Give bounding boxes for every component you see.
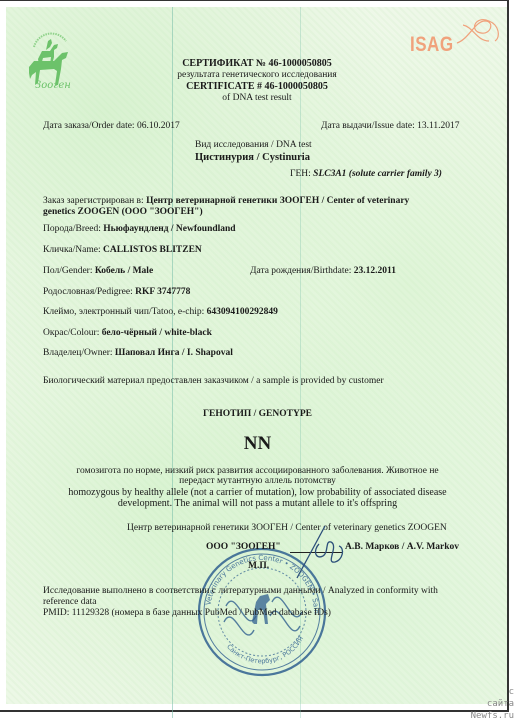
- order-date-value: 06.10.2017: [137, 121, 180, 131]
- field-gender: Пол/Gender: Кобель / Male: [43, 266, 153, 277]
- conformity-note-1: Исследование выполнено в соответствии с …: [43, 586, 438, 597]
- certificate-title-ru: СЕРТИФИКАТ № 46-1000050805: [157, 58, 357, 69]
- field-value: CALLISTOS BLITZEN: [103, 245, 202, 255]
- field-label: Заказ зарегистрирован в:: [43, 196, 144, 206]
- zoogen-logo-text: Зоoген: [35, 80, 71, 91]
- field-value: 23.12.2011: [354, 266, 396, 276]
- sample-note: Биологический материал предоставлен зака…: [43, 376, 384, 387]
- pmid: PMID: 11129328 (номера в базе данных Pub…: [43, 608, 331, 619]
- field-value: Кобель / Male: [95, 266, 153, 276]
- dna-test-name: Цистинурия / Cystinuria: [195, 152, 310, 163]
- certificate-subtitle-en: of DNA test result: [157, 93, 357, 104]
- conformity-note-2: reference data: [43, 597, 97, 608]
- field-colour: Окрас/Colour: бело-чёрный / white-black: [43, 328, 212, 339]
- genotype-heading: ГЕНОТИП / GENOTYPE: [0, 409, 515, 420]
- gene-label: ГЕН:: [290, 169, 311, 179]
- field-value: 643094100292849: [207, 307, 278, 317]
- handwritten-signature-icon: [295, 520, 350, 580]
- genotype-desc-en-1: homozygous by healthy allele (not a carr…: [0, 487, 515, 498]
- genotype-desc-ru-2: передаст мутантную аллель потомству: [0, 476, 515, 487]
- signature-org: ООО "ЗООГЕН": [206, 542, 281, 553]
- gene: ГЕН: SLC3A1 (solute carrier family 3): [290, 169, 442, 180]
- signature-center: Центр ветеринарной генетики ЗООГЕН / Cen…: [127, 523, 447, 534]
- field-label: Кличка/Name:: [43, 245, 101, 255]
- certificate-title-en: CERTIFICATE # 46-1000050805: [157, 81, 357, 92]
- field-birthdate: Дата рождения/Birthdate: 23.12.2011: [250, 266, 396, 277]
- seal-mark: М.П.: [248, 561, 269, 572]
- order-date-label: Дата заказа/Order date:: [43, 121, 135, 131]
- watermark-line: с: [471, 686, 514, 698]
- watermark-line: сайта: [471, 698, 514, 710]
- issue-date: Дата выдачи/Issue date: 13.11.2017: [321, 121, 460, 132]
- field-owner: Владелец/Owner: Шаповал Инга / I. Shapov…: [43, 348, 233, 359]
- site-watermark: с сайта Newfs.ru: [471, 686, 514, 722]
- issue-date-label: Дата выдачи/Issue date:: [321, 121, 415, 131]
- order-date: Дата заказа/Order date: 06.10.2017: [43, 121, 180, 132]
- field-value: RKF 3747778: [135, 287, 190, 297]
- dna-test-label: Вид исследования / DNA test: [195, 140, 312, 151]
- field-registered-at-cont: genetics ZOOGEN (ООО "ЗООГЕН"): [43, 207, 203, 218]
- field-chip: Клеймо, электронный чип/Tatoo, e-chip: 6…: [43, 307, 278, 318]
- field-breed: Порода/Breed: Ньюфаундленд / Newfoundlan…: [43, 224, 236, 235]
- signer-name: А.В. Марков / A.V. Markov: [345, 542, 459, 553]
- isag-logo: ISAG: [410, 32, 454, 57]
- genotype-desc-en-2: development. The animal will not pass a …: [0, 498, 515, 509]
- isag-swirl-icon: [455, 17, 503, 47]
- field-value: Ньюфаундленд / Newfoundland: [103, 224, 235, 234]
- genotype-value: NN: [0, 433, 515, 455]
- field-registered-at: Заказ зарегистрирован в: Центр ветеринар…: [43, 196, 409, 207]
- gene-value: SLC3A1 (solute carrier family 3): [313, 169, 442, 179]
- field-value: Центр ветеринарной генетики ЗООГЕН / Cen…: [146, 196, 409, 206]
- issue-date-value: 13.11.2017: [417, 121, 459, 131]
- field-label: Порода/Breed:: [43, 224, 101, 234]
- field-value: Шаповал Инга / I. Shapoval: [115, 348, 233, 358]
- certificate-subtitle-ru: результата генетического исследования: [157, 70, 357, 81]
- field-pedigree: Родословная/Pedigree: RKF 3747778: [43, 287, 190, 298]
- field-label: Пол/Gender:: [43, 266, 92, 276]
- field-name: Кличка/Name: CALLISTOS BLITZEN: [43, 245, 202, 256]
- field-label: Родословная/Pedigree:: [43, 287, 133, 297]
- watermark-line: Newfs.ru: [471, 710, 514, 722]
- field-label: Владелец/Owner:: [43, 348, 113, 358]
- field-value: бело-чёрный / white-black: [102, 328, 212, 338]
- field-label: Окрас/Colour:: [43, 328, 99, 338]
- field-label: Клеймо, электронный чип/Tatoo, e-chip:: [43, 307, 204, 317]
- field-label: Дата рождения/Birthdate:: [250, 266, 351, 276]
